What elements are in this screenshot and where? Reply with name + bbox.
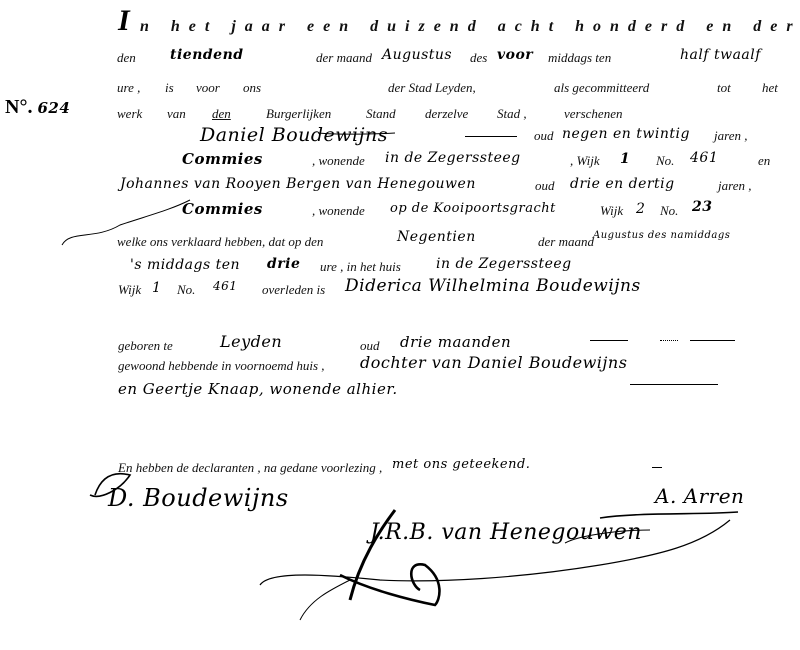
death-period: 's middags ten xyxy=(130,257,240,273)
label-het: het xyxy=(762,80,778,96)
label-wonende-1: , wonende xyxy=(312,153,365,169)
label-der-maand-2: der maand xyxy=(538,234,594,250)
label-gecommitteerd: als gecommitteerd xyxy=(554,80,649,96)
signature-declarant1: D. Boudewijns xyxy=(108,484,289,512)
declarant1-wijk: 1 xyxy=(620,151,630,167)
label-no-1: No. xyxy=(656,153,674,169)
fill-dash xyxy=(690,340,735,341)
label-en: en xyxy=(758,153,770,169)
deceased-name: Diderica Wilhelmina Boudewijns xyxy=(345,276,641,296)
period-entry: voor xyxy=(497,47,533,63)
label-stad: Stad , xyxy=(497,106,527,122)
heading-line: n het jaar een duizend acht honderd en d… xyxy=(140,18,800,36)
initial-letter: I xyxy=(118,4,130,38)
declarant1-address: in de Zegerssteeg xyxy=(385,150,521,166)
declarant2-address: op de Kooipoortsgracht xyxy=(390,201,556,216)
fill-dash xyxy=(465,136,517,137)
record-number: N°. 624 xyxy=(5,96,70,119)
label-is: is xyxy=(165,80,174,96)
signature-official: A. Arren xyxy=(655,484,744,508)
death-wijk: 1 xyxy=(152,280,161,296)
label-werk: werk xyxy=(117,106,142,122)
time-entry: half twaalf xyxy=(680,47,761,63)
label-wijk-1: , Wijk xyxy=(570,153,600,169)
declarant1-occupation: Commies xyxy=(182,150,263,168)
birth-place: Leyden xyxy=(220,332,282,351)
label-der-maand: der maand xyxy=(316,50,372,66)
declarant1-age: negen en twintig xyxy=(562,126,690,142)
parents-mother: en Geertje Knaap, wonende alhier. xyxy=(118,380,398,398)
label-overleden: overleden is xyxy=(262,282,325,298)
declarant1-house-no: 461 xyxy=(690,150,718,166)
label-voor: voor xyxy=(196,80,220,96)
label-ure-huis: ure , in het huis xyxy=(320,259,401,275)
label-middags-ten: middags ten xyxy=(548,50,611,66)
death-house-no: 461 xyxy=(213,279,237,293)
fill-dash xyxy=(660,340,678,341)
label-geboren: geboren te xyxy=(118,338,173,354)
label-no-2: No. xyxy=(660,203,678,219)
statement-text: welke ons verklaard hebben, dat op den xyxy=(117,234,323,250)
death-hour: drie xyxy=(267,256,300,272)
fill-dash xyxy=(652,467,662,468)
label-verschenen: verschenen xyxy=(564,106,622,122)
label-wijk-2: Wijk xyxy=(600,203,623,219)
label-gewoond: gewoond hebbende in voornoemd huis , xyxy=(118,358,325,374)
label-burgerlijken: Burgerlijken xyxy=(266,106,331,122)
record-number-value: 624 xyxy=(37,99,70,117)
label-wijk-3: Wijk xyxy=(118,282,141,298)
label-no-3: No. xyxy=(177,282,195,298)
declarant1-name: Daniel Boudewijns xyxy=(200,124,388,146)
declarant2-age: drie en dertig xyxy=(570,176,675,192)
label-jaren-2: jaren , xyxy=(718,178,751,194)
pen-flourishes xyxy=(0,0,800,650)
label-der-stad: der Stad Leyden, xyxy=(388,80,476,96)
deceased-age: drie maanden xyxy=(400,333,511,351)
label-wonende-2: , wonende xyxy=(312,203,365,219)
label-den: den xyxy=(117,50,136,66)
label-oud-3: oud xyxy=(360,338,380,354)
month-entry: Augustus xyxy=(382,47,452,63)
label-oud-2: oud xyxy=(535,178,555,194)
record-number-label: N°. xyxy=(5,96,32,118)
day-entry: tiendend xyxy=(170,47,244,63)
label-derzelve: derzelve xyxy=(425,106,468,122)
fill-dash xyxy=(590,340,628,341)
death-day: Negentien xyxy=(397,229,476,245)
label-stand: Stand xyxy=(366,106,396,122)
closing-text: En hebben de declaranten , na gedane voo… xyxy=(118,460,382,476)
label-ons: ons xyxy=(243,80,261,96)
label-van: van xyxy=(167,106,186,122)
declarant2-name: Johannes van Rooyen Bergen van Henegouwe… xyxy=(120,176,476,192)
declarant2-house-no: 23 xyxy=(692,199,712,215)
parents-father: dochter van Daniel Boudewijns xyxy=(360,353,627,372)
death-month: Augustus des namiddags xyxy=(593,230,730,241)
label-tot: tot xyxy=(717,80,731,96)
label-oud-1: oud xyxy=(534,128,554,144)
label-jaren-1: jaren , xyxy=(714,128,747,144)
declarant2-occupation: Commies xyxy=(182,200,263,218)
label-den2: den xyxy=(212,106,231,122)
signature-declarant2: J.R.B. van Henegouwen xyxy=(370,520,642,545)
declarant2-wijk: 2 xyxy=(636,201,645,217)
label-ure: ure , xyxy=(117,80,140,96)
death-house: in de Zegerssteeg xyxy=(436,256,572,272)
closing-signed: met ons geteekend. xyxy=(392,457,530,472)
label-des: des xyxy=(470,50,487,66)
fill-dash xyxy=(630,384,718,385)
